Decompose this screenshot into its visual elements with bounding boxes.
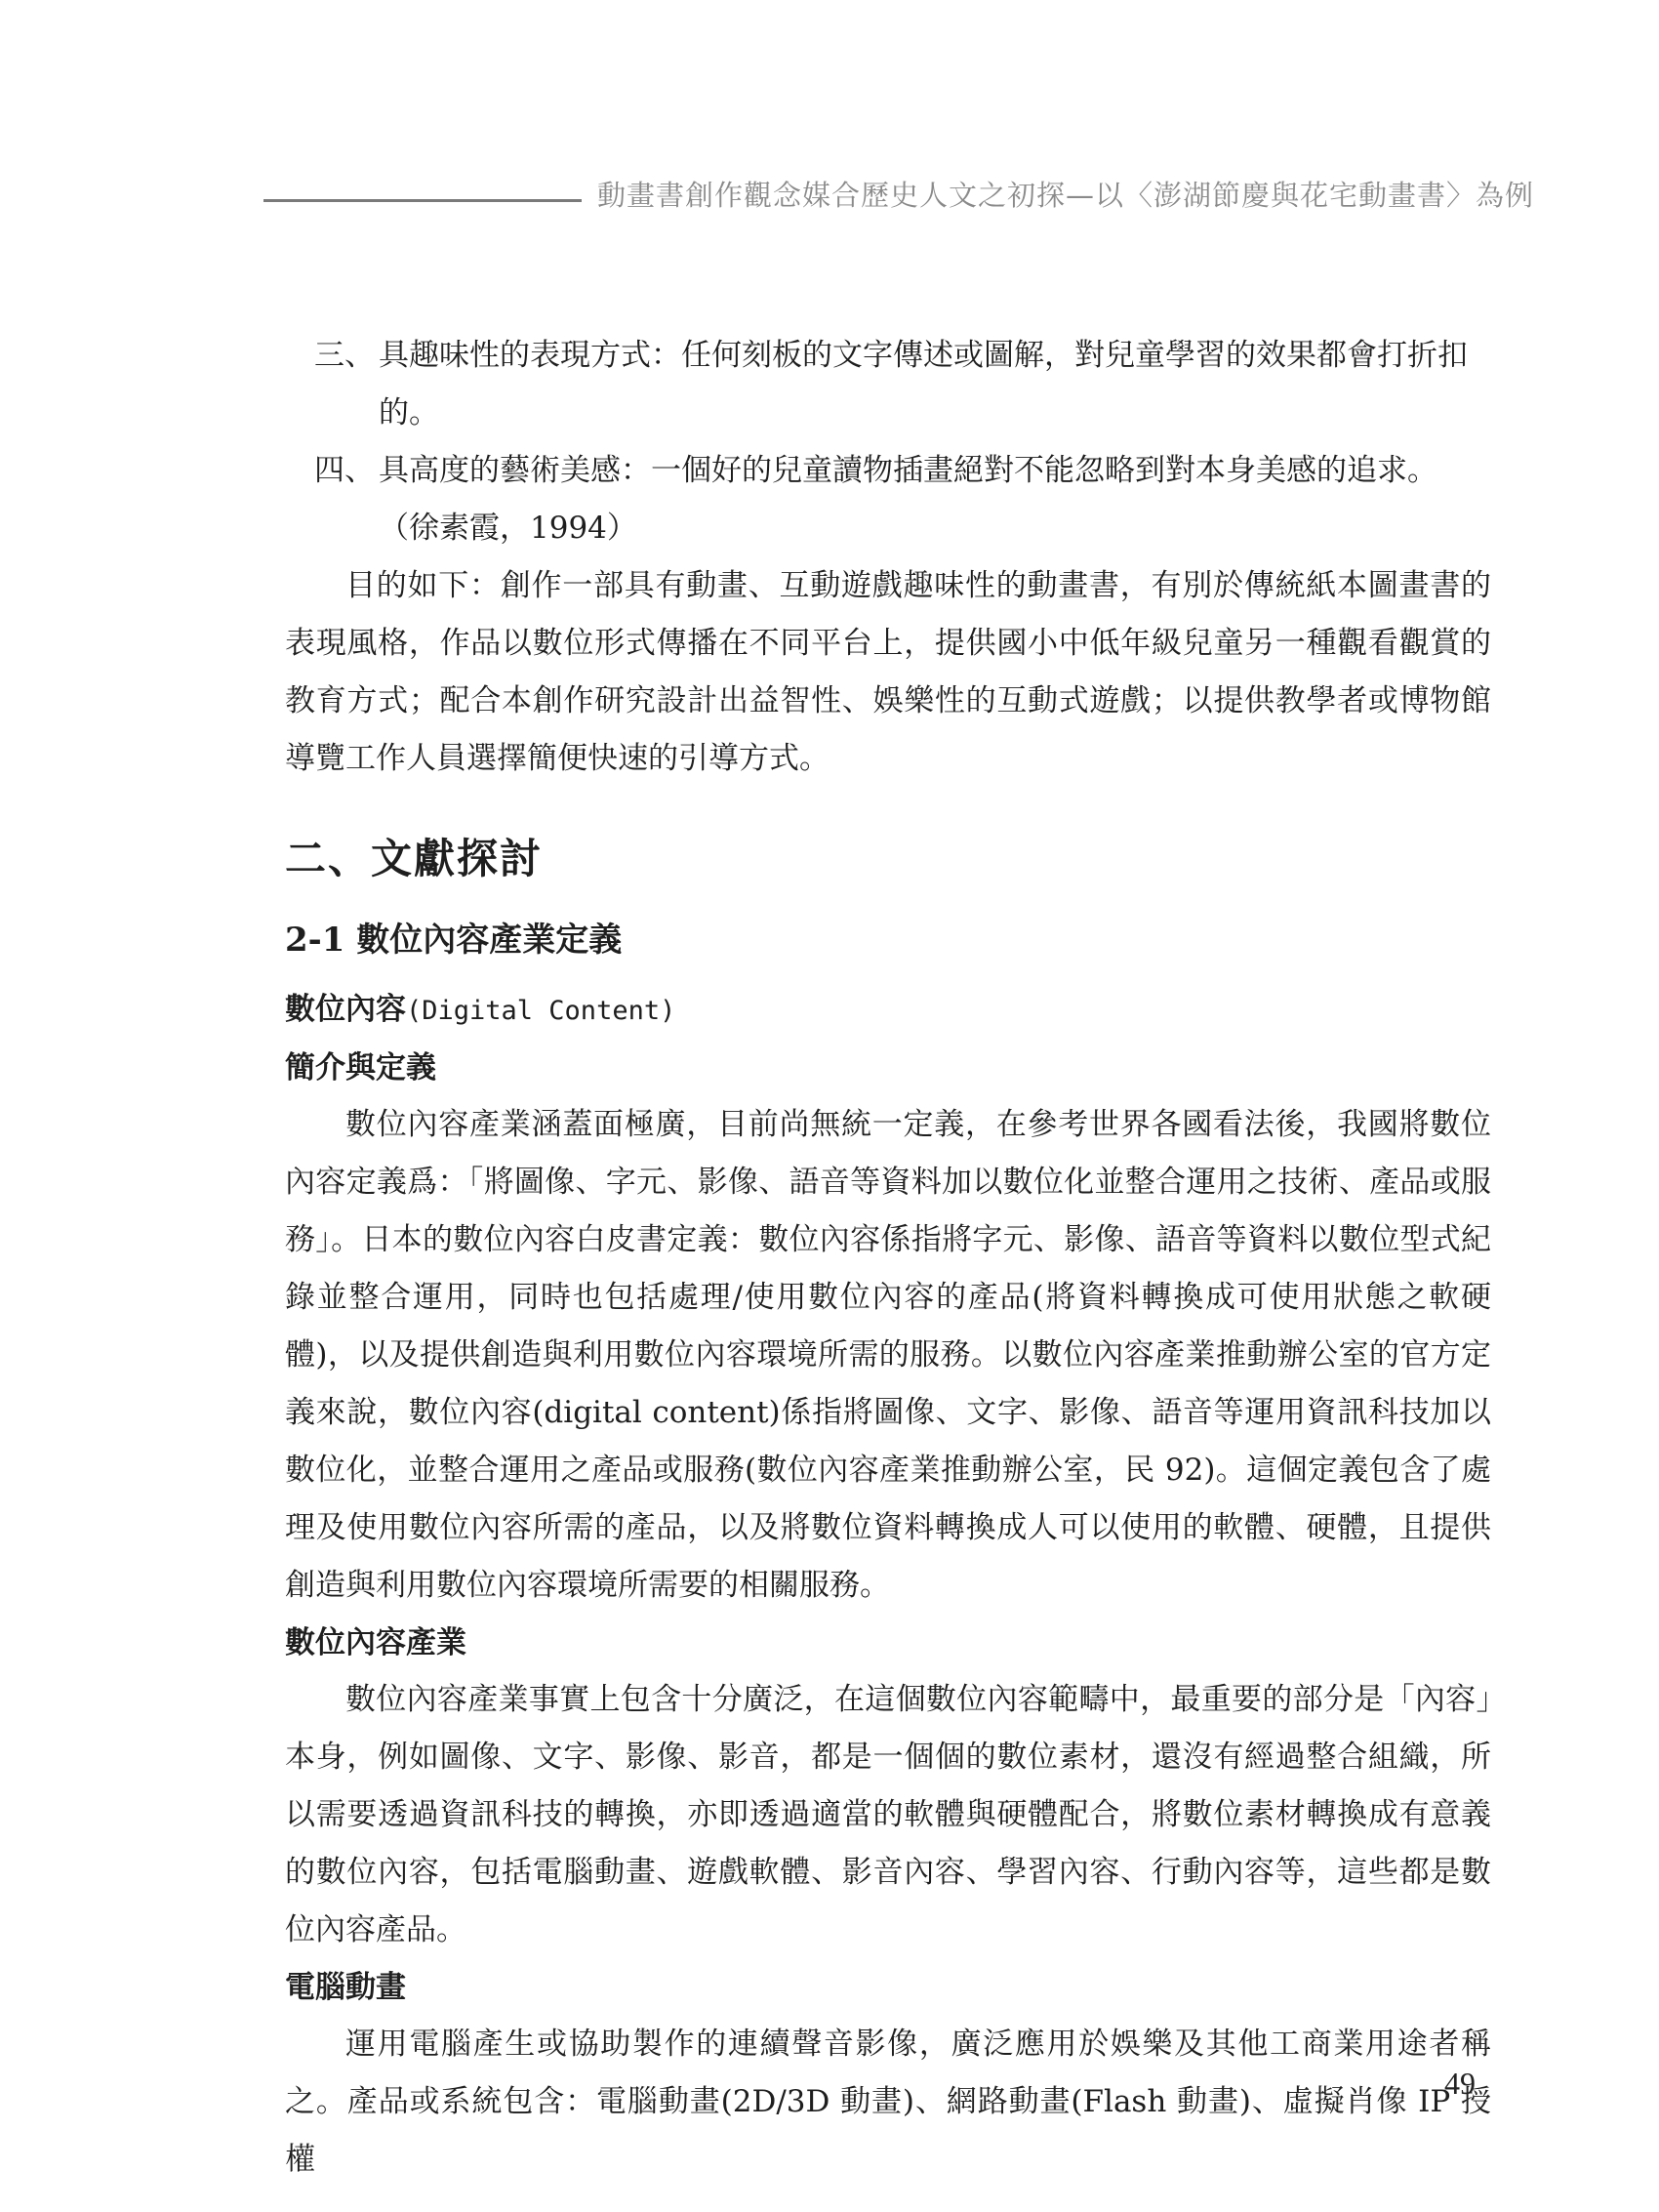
list-text: 具趣味性的表現方式：任何刻板的文字傳述或圖解，對兒童學習的效果都會打折扣的。 <box>379 338 1468 430</box>
industry-paragraph: 數位內容產業事實上包含十分廣泛，在這個數位內容範疇中，最重要的部分是「內容」本身… <box>285 1671 1491 1959</box>
page-body: 三、具趣味性的表現方式：任何刻板的文字傳述或圖解，對兒童學習的效果都會打折扣的。… <box>285 327 1491 2189</box>
list-item-3: 三、具趣味性的表現方式：任何刻板的文字傳述或圖解，對兒童學習的效果都會打折扣的。 <box>285 327 1491 442</box>
list-text: 具高度的藝術美感：一個好的兒童讀物插畫絕對不能忽略到對本身美感的追求。 <box>379 453 1437 488</box>
list-number: 四、 <box>314 442 375 500</box>
animation-heading: 電腦動畫 <box>285 1959 1491 2016</box>
list-number: 三、 <box>314 327 375 385</box>
purpose-paragraph: 目的如下：創作一部具有動畫、互動遊戲趣味性的動畫書，有別於傳統紙本圖畫書的表現風… <box>285 557 1491 788</box>
animation-paragraph: 運用電腦產生或協助製作的連續聲音影像，廣泛應用於娛樂及其他工商業用途者稱之。產品… <box>285 2016 1491 2189</box>
running-header: 動畫書創作觀念媒合歷史人文之初探—以〈澎湖節慶與花宅動畫書〉為例 <box>263 166 1483 215</box>
industry-heading: 數位內容產業 <box>285 1615 1491 1671</box>
running-title: 動畫書創作觀念媒合歷史人文之初探—以〈澎湖節慶與花宅動畫書〉為例 <box>597 174 1534 214</box>
section-title: 二、文獻探討 <box>285 825 1491 893</box>
topic-heading-en: (Digital Content) <box>406 996 675 1026</box>
intro-heading: 簡介與定義 <box>285 1040 1491 1096</box>
intro-paragraph: 數位內容產業涵蓋面極廣，目前尚無統一定義，在參考世界各國看法後，我國將數位內容定… <box>285 1096 1491 1615</box>
list-item-4: 四、具高度的藝術美感：一個好的兒童讀物插畫絕對不能忽略到對本身美感的追求。 <box>285 442 1491 500</box>
topic-heading: 數位內容(Digital Content) <box>285 981 1491 1040</box>
topic-heading-zh: 數位內容 <box>285 992 406 1027</box>
page-number: 49 <box>1444 2066 1476 2102</box>
header-rule <box>263 199 582 202</box>
subsection-title: 2-1 數位內容產業定義 <box>285 911 1491 969</box>
citation: （徐素霞，1994） <box>285 500 1491 557</box>
